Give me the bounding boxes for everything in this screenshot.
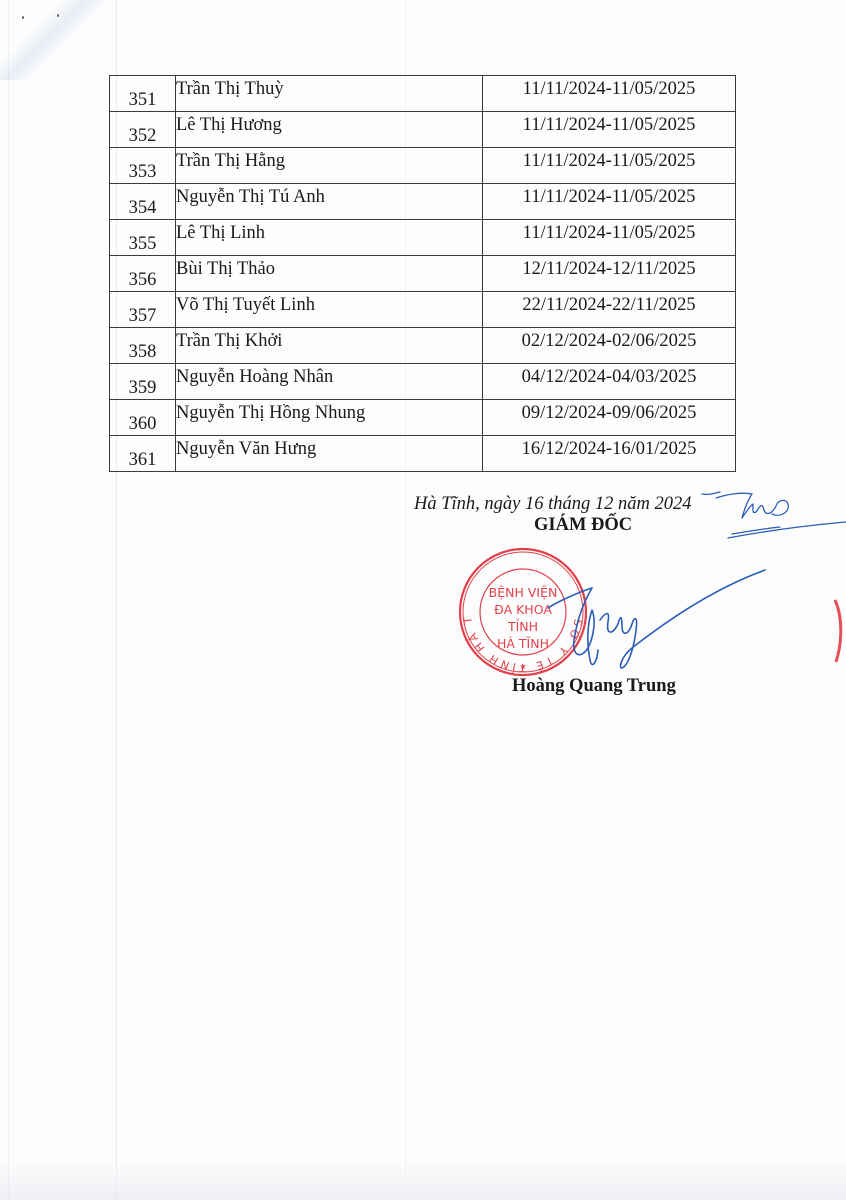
period-cell: 11/11/2024-11/05/2025 [483, 220, 736, 256]
director-signature [548, 570, 765, 668]
row-number: 352 [110, 127, 175, 146]
stamp-line: ĐA KHOA [494, 602, 552, 617]
staff-name: Nguyễn Hoàng Nhân [176, 364, 482, 387]
row-number: 360 [110, 415, 175, 434]
row-number-cell: 354 [110, 184, 176, 220]
table-row: 358 Trần Thị Khởi 02/12/2024-02/06/2025 [110, 328, 736, 364]
stamp-star-icon: ★ [519, 662, 526, 671]
name-cell: Nguyễn Thị Hồng Nhung [176, 400, 483, 436]
row-number-cell: 359 [110, 364, 176, 400]
name-cell: Lê Thị Hương [176, 112, 483, 148]
table-row: 360 Nguyễn Thị Hồng Nhung 09/12/2024-09/… [110, 400, 736, 436]
row-number-cell: 358 [110, 328, 176, 364]
row-number-cell: 355 [110, 220, 176, 256]
period: 22/11/2024-22/11/2025 [483, 292, 735, 315]
signer-title: GIÁM ĐỐC [534, 515, 632, 536]
name-cell: Võ Thị Tuyết Linh [176, 292, 483, 328]
table-row: 353 Trần Thị Hằng 11/11/2024-11/05/2025 [110, 148, 736, 184]
row-number-cell: 353 [110, 148, 176, 184]
table-row: 354 Nguyễn Thị Tú Anh 11/11/2024-11/05/2… [110, 184, 736, 220]
period: 11/11/2024-11/05/2025 [483, 220, 735, 243]
period-cell: 11/11/2024-11/05/2025 [483, 76, 736, 112]
period-cell: 16/12/2024-16/01/2025 [483, 436, 736, 472]
period-cell: 22/11/2024-22/11/2025 [483, 292, 736, 328]
period: 11/11/2024-11/05/2025 [483, 112, 735, 135]
row-number: 358 [110, 343, 175, 362]
row-number: 353 [110, 163, 175, 182]
table-row: 352 Lê Thị Hương 11/11/2024-11/05/2025 [110, 112, 736, 148]
table-row: 351 Trần Thị Thuỳ 11/11/2024-11/05/2025 [110, 76, 736, 112]
scan-speck [57, 14, 59, 17]
staff-name: Trần Thị Hằng [176, 148, 482, 171]
staff-name: Lê Thị Linh [176, 220, 482, 243]
row-number-cell: 352 [110, 112, 176, 148]
staff-name: Nguyễn Văn Hưng [176, 436, 482, 459]
row-number: 351 [110, 91, 175, 110]
row-number: 361 [110, 451, 175, 470]
staff-name: Nguyễn Thị Hồng Nhung [176, 400, 482, 423]
table-row: 361 Nguyễn Văn Hưng 16/12/2024-16/01/202… [110, 436, 736, 472]
name-cell: Trần Thị Khởi [176, 328, 483, 364]
row-number: 359 [110, 379, 175, 398]
scan-speck [22, 16, 24, 19]
row-number: 357 [110, 307, 175, 326]
period-cell: 11/11/2024-11/05/2025 [483, 184, 736, 220]
scan-shadow [0, 1160, 846, 1200]
period-cell: 12/11/2024-12/11/2025 [483, 256, 736, 292]
name-cell: Nguyễn Thị Tú Anh [176, 184, 483, 220]
name-cell: Trần Thị Thuỳ [176, 76, 483, 112]
partial-stamp-edge [835, 600, 841, 662]
row-number-cell: 356 [110, 256, 176, 292]
staff-name: Trần Thị Khởi [176, 328, 482, 351]
table-row: 357 Võ Thị Tuyết Linh 22/11/2024-22/11/2… [110, 292, 736, 328]
name-cell: Bùi Thị Thảo [176, 256, 483, 292]
row-number: 354 [110, 199, 175, 218]
name-cell: Nguyễn Văn Hưng [176, 436, 483, 472]
staff-name: Lê Thị Hương [176, 112, 482, 135]
table-row: 355 Lê Thị Linh 11/11/2024-11/05/2025 [110, 220, 736, 256]
initials-signature [702, 492, 846, 538]
period: 11/11/2024-11/05/2025 [483, 184, 735, 207]
row-number-cell: 357 [110, 292, 176, 328]
signer-name: Hoàng Quang Trung [512, 676, 676, 697]
stamp-line: HÀ TĨNH [497, 636, 549, 651]
period-cell: 04/12/2024-04/03/2025 [483, 364, 736, 400]
staff-name: Võ Thị Tuyết Linh [176, 292, 482, 315]
stamp-line: TỈNH [507, 618, 538, 634]
scan-line [8, 0, 9, 1200]
period: 12/11/2024-12/11/2025 [483, 256, 735, 279]
staff-table: 351 Trần Thị Thuỳ 11/11/2024-11/05/2025 … [109, 75, 736, 472]
row-number: 355 [110, 235, 175, 254]
table-row: 356 Bùi Thị Thảo 12/11/2024-12/11/2025 [110, 256, 736, 292]
row-number-cell: 351 [110, 76, 176, 112]
name-cell: Trần Thị Hằng [176, 148, 483, 184]
period: 11/11/2024-11/05/2025 [483, 76, 735, 99]
period: 11/11/2024-11/05/2025 [483, 148, 735, 171]
period-cell: 11/11/2024-11/05/2025 [483, 148, 736, 184]
place-date: Hà Tĩnh, ngày 16 tháng 12 năm 2024 [414, 494, 692, 515]
name-cell: Nguyễn Hoàng Nhân [176, 364, 483, 400]
staff-name: Trần Thị Thuỳ [176, 76, 482, 99]
name-cell: Lê Thị Linh [176, 220, 483, 256]
stamp-line: BỆNH VIỆN [489, 585, 558, 600]
staff-name: Nguyễn Thị Tú Anh [176, 184, 482, 207]
period: 02/12/2024-02/06/2025 [483, 328, 735, 351]
row-number: 356 [110, 271, 175, 290]
period: 04/12/2024-04/03/2025 [483, 364, 735, 387]
row-number-cell: 361 [110, 436, 176, 472]
period-cell: 11/11/2024-11/05/2025 [483, 112, 736, 148]
period-cell: 09/12/2024-09/06/2025 [483, 400, 736, 436]
table-row: 359 Nguyễn Hoàng Nhân 04/12/2024-04/03/2… [110, 364, 736, 400]
period: 09/12/2024-09/06/2025 [483, 400, 735, 423]
period: 16/12/2024-16/01/2025 [483, 436, 735, 459]
staff-name: Bùi Thị Thảo [176, 256, 482, 279]
table-body: 351 Trần Thị Thuỳ 11/11/2024-11/05/2025 … [110, 76, 736, 472]
row-number-cell: 360 [110, 400, 176, 436]
scan-smudge [0, 0, 120, 80]
period-cell: 02/12/2024-02/06/2025 [483, 328, 736, 364]
